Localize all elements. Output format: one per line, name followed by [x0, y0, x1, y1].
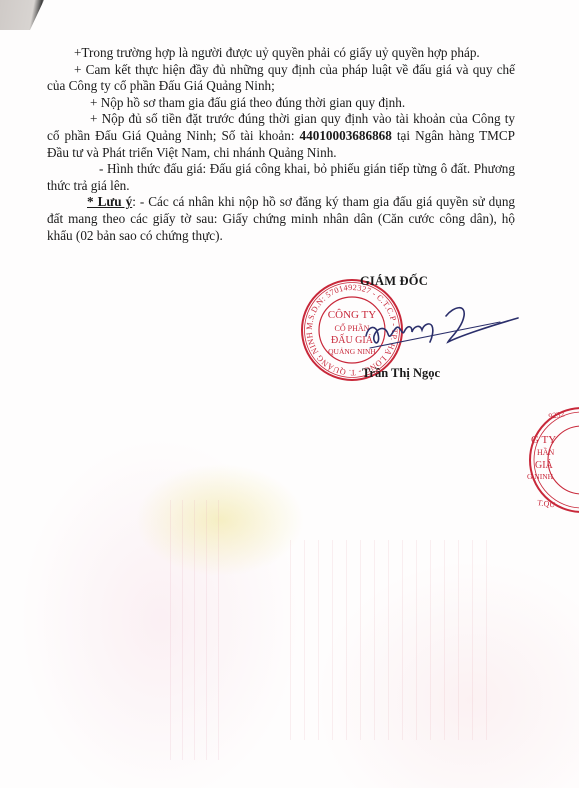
partial-stamp-icon: 9232 G TY HẦN GIÁ G NINH T.QU [527, 405, 579, 515]
bleed-through-table [290, 540, 490, 740]
paragraph-auction-method: - Hình thức đấu giá: Đấu giá công khai, … [47, 161, 515, 194]
bank-account-number: 44010003686868 [300, 128, 392, 143]
paragraph-commitment: + Cam kết thực hiện đầy đủ những quy địn… [47, 62, 515, 95]
svg-text:GIÁ: GIÁ [535, 459, 554, 471]
paragraph-note: * Lưu ý: - Các cá nhân khi nộp hồ sơ đăn… [47, 194, 515, 244]
svg-text:G TY: G TY [531, 434, 556, 446]
document-body: +Trong trường hợp là người được uỷ quyền… [47, 45, 515, 244]
signer-name: Trần Thị Ngọc [362, 366, 440, 381]
svg-text:T.QU: T.QU [537, 498, 556, 509]
paragraph-authorization: +Trong trường hợp là người được uỷ quyền… [47, 45, 515, 62]
paragraph-deposit: + Nộp đủ số tiền đặt trước đúng thời gia… [47, 111, 515, 161]
note-label: * Lưu ý [87, 194, 132, 209]
signer-title: GIÁM ĐỐC [360, 274, 428, 289]
svg-text:HẦN: HẦN [537, 447, 555, 457]
handwritten-signature-icon [350, 296, 520, 356]
svg-text:9232: 9232 [548, 409, 565, 421]
bleed-through-grid [170, 500, 230, 760]
signature-block: M.S.D.N: 5701492327 - C.T.C.P - TP. HẠ L… [300, 266, 520, 386]
svg-text:G NINH: G NINH [527, 472, 554, 481]
paragraph-submit-docs: + Nộp hồ sơ tham gia đấu giá theo đúng t… [47, 95, 515, 112]
